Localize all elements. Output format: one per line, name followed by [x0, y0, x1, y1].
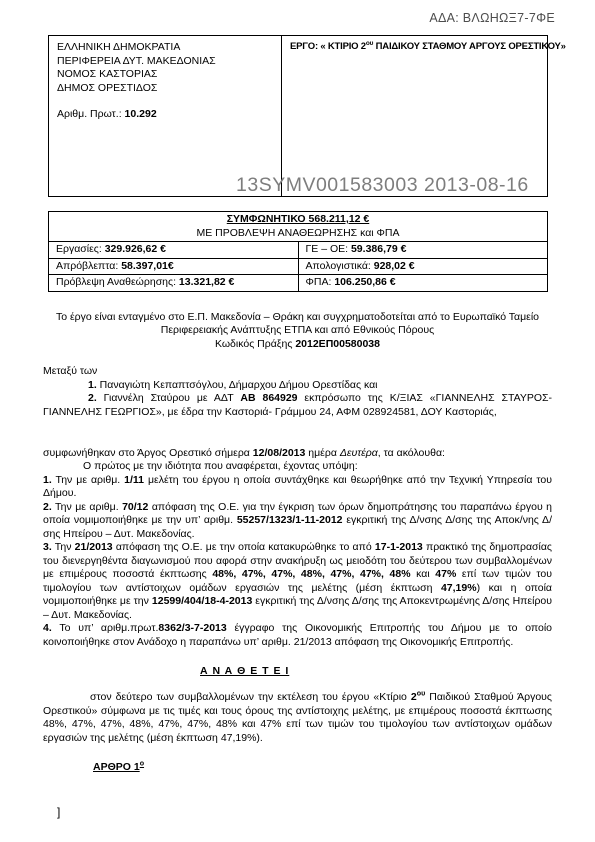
document-page: ΑΔΑ: ΒΛΩΗΩΞ7-7ΦΕ ΕΛΛΗΝΙΚΗ ΔΗΜΟΚΡΑΤΙΑ ΠΕΡ…: [0, 0, 595, 842]
funding-line: Το έργο είναι ενταγμένο στο Ε.Π. Μακεδον…: [43, 311, 552, 338]
contract-title-cell: ΣΥΜΦΩΝΗΤΙΚΟ 568.211,12 € ΜΕ ΠΡΟΒΛΕΨΗ ΑΝΑ…: [49, 212, 548, 242]
party-item-2: 2. Γιαννέλη Σταύρου με ΑΔΤ ΑΒ 864929 εκπ…: [43, 392, 552, 419]
consideration-item-3: 3. Την 21/2013 απόφαση της Ο.Ε. με την ο…: [43, 541, 552, 622]
amount-cell-contingency: Απρόβλεπτα: 58.397,01€: [49, 258, 299, 275]
consideration-item-4: 4. Το υπ’ αριθμ.πρωτ.8362/3-7-2013 έγγρα…: [43, 622, 552, 649]
consideration-item-2: 2. Την με αριθμ. 70/12 απόφαση της Ο.Ε. …: [43, 501, 552, 542]
agreement-intro: συμφωνήθηκαν στο Άργος Ορεστικό σήμερα 1…: [43, 447, 552, 461]
amount-cell-apologistika: Απολογιστικά: 928,02 €: [298, 258, 548, 275]
document-content: ΕΛΛΗΝΙΚΗ ΔΗΜΟΚΡΑΤΙΑ ΠΕΡΙΦΕΡΕΙΑ ΔΥΤ. ΜΑΚΕ…: [0, 35, 595, 820]
protocol-number: Αριθμ. Πρωτ.: 10.292: [57, 108, 273, 122]
table-row: Πρόβλεψη Αναθεώρησης: 13.321,82 € ΦΠΑ: 1…: [49, 275, 548, 292]
ada-code: ΑΔΑ: ΒΛΩΗΩΞ7-7ΦΕ: [0, 10, 555, 26]
table-row: Απρόβλεπτα: 58.397,01€ Απολογιστικά: 928…: [49, 258, 548, 275]
funding-note: Το έργο είναι ενταγμένο στο Ε.Π. Μακεδον…: [43, 311, 552, 352]
table-row: Εργασίες: 329.926,62 € ΓΕ – ΟΕ: 59.386,7…: [49, 242, 548, 259]
registry-stamp-text: 13SYMV001583003 2013-08-16: [236, 173, 529, 198]
authority-line: ΔΗΜΟΣ ΟΡΕΣΤΙΔΟΣ: [57, 82, 273, 96]
amount-cell-revision: Πρόβλεψη Αναθεώρησης: 13.321,82 €: [49, 275, 299, 292]
amount-cell-ge-oe: ΓΕ – ΟΕ: 59.386,79 €: [298, 242, 548, 259]
first-party-line: Ο πρώτος με την ιδιότητα που αναφέρεται,…: [43, 460, 552, 474]
contract-summary-table: ΣΥΜΦΩΝΗΤΙΚΟ 568.211,12 € ΜΕ ΠΡΟΒΛΕΨΗ ΑΝΑ…: [48, 211, 548, 292]
between-label: Μεταξύ των: [43, 365, 552, 379]
authority-line: ΕΛΛΗΝΙΚΗ ΔΗΜΟΚΡΑΤΙΑ: [57, 41, 273, 55]
contract-subtitle: ΜΕ ΠΡΟΒΛΕΨΗ ΑΝΑΘΕΩΡΗΣΗΣ και ΦΠΑ: [56, 227, 540, 241]
amount-cell-vat: ΦΠΑ: 106.250,86 €: [298, 275, 548, 292]
party-item-1: 1. Παναγιώτη Κεπαπτσόγλου, Δήμαρχου Δήμο…: [43, 379, 552, 393]
amount-cell-works: Εργασίες: 329.926,62 €: [49, 242, 299, 259]
contract-title: ΣΥΜΦΩΝΗΤΙΚΟ 568.211,12 €: [56, 213, 540, 227]
article-1-heading: ΑΡΘΡΟ 1ο: [93, 761, 552, 775]
authority-line: ΠΕΡΙΦΕΡΕΙΑ ΔΥΤ. ΜΑΚΕΔΟΝΙΑΣ: [57, 55, 273, 69]
assignment-paragraph: στον δεύτερο των συμβαλλομένων την εκτέλ…: [43, 691, 552, 745]
consideration-item-1: 1. Την με αριθμ. 1/11 μελέτη του έργου η…: [43, 474, 552, 501]
authority-line: ΝΟΜΟΣ ΚΑΣΤΟΡΙΑΣ: [57, 68, 273, 82]
funding-project-code: Κωδικός Πράξης 2012ΕΠ00580038: [43, 338, 552, 352]
closing-bracket: ]: [57, 805, 552, 820]
assignment-heading: Α Ν Α Θ Ε Τ Ε Ι: [200, 665, 552, 679]
